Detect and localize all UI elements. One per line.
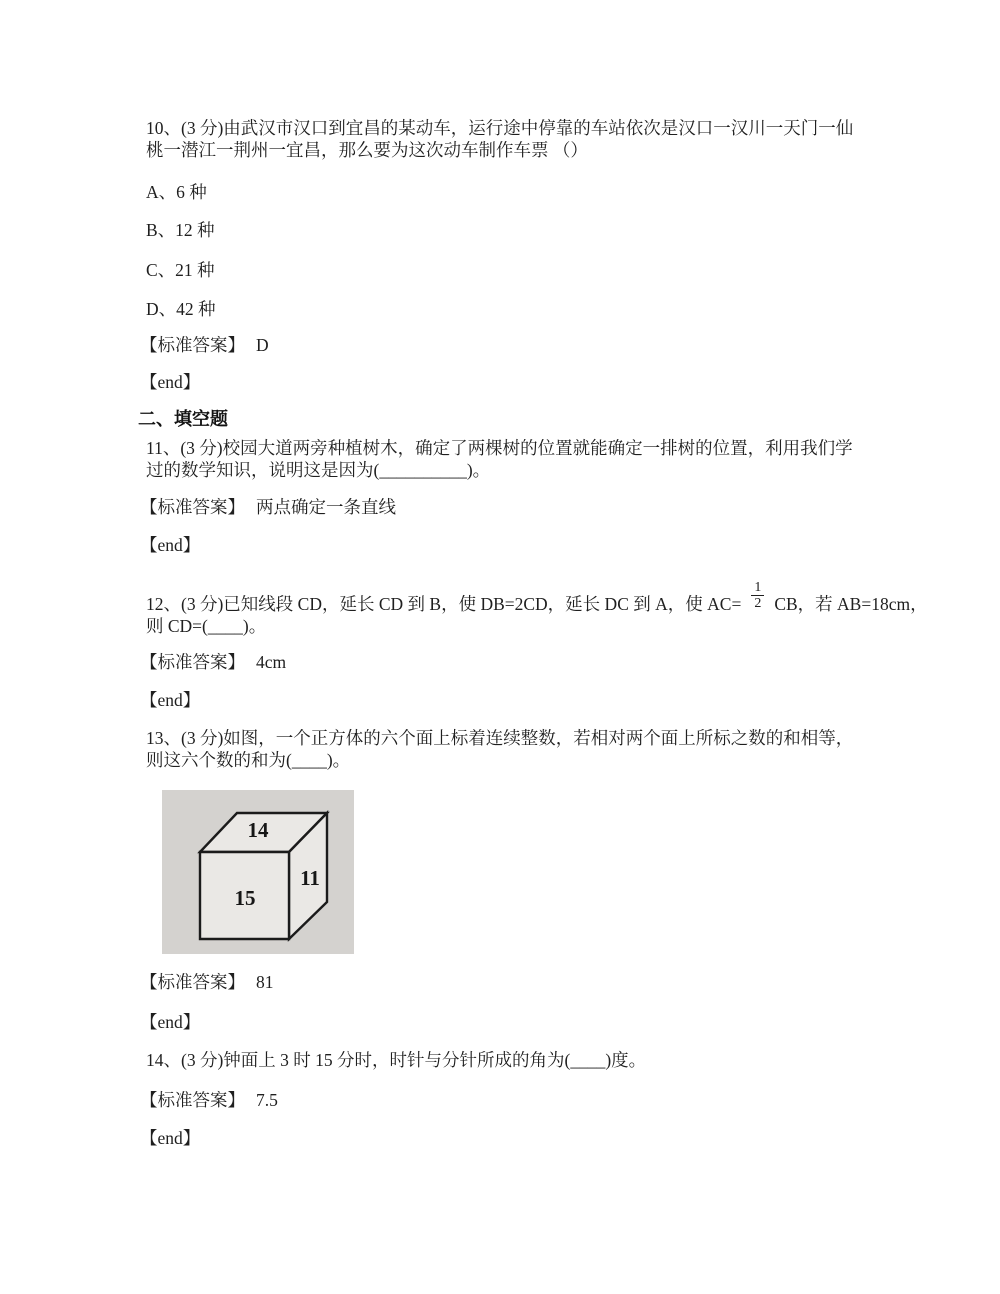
cube-diagram: 14 15 11	[162, 790, 354, 954]
answer-value: 81	[256, 972, 274, 992]
question-13-stem-line-1: 13、(3 分)如图，一个正方体的六个面上标着连续整数，若相对两个面上所标之数的…	[146, 728, 853, 750]
cube-right-value: 11	[300, 866, 320, 890]
question-10-stem-line-1: 10、(3 分)由武汉市汉口到宜昌的某动车，运行途中停靠的车站依次是汉口一汉川一…	[146, 118, 853, 140]
cube-top-value: 14	[248, 818, 270, 842]
question-10-stem-line-2: 桃一潜江一荆州一宜昌，那么要为这次动车制作车票 （）	[146, 140, 853, 162]
answer-label: 【标准答案】	[140, 972, 245, 992]
question-12-text-after-fraction: CB，若 AB=18cm，	[774, 594, 927, 616]
question-13-stem: 13、(3 分)如图，一个正方体的六个面上标着连续整数，若相对两个面上所标之数的…	[146, 728, 853, 771]
answer-value: 4cm	[256, 652, 286, 672]
end-marker: 【end】	[140, 372, 200, 394]
fraction-one-half: 1 2	[751, 580, 764, 611]
cube-figure: 14 15 11	[162, 790, 354, 954]
question-10-option-a: A、6 种	[146, 182, 207, 204]
fraction-denominator: 2	[751, 596, 764, 611]
question-14-stem: 14、(3 分)钟面上 3 时 15 分时，时针与分针所成的角为(____)度。	[146, 1050, 646, 1072]
question-10-stem: 10、(3 分)由武汉市汉口到宜昌的某动车，运行途中停靠的车站依次是汉口一汉川一…	[146, 118, 853, 161]
question-11-stem-line-1: 11、(3 分)校园大道两旁种植树木，确定了两棵树的位置就能确定一排树的位置，利…	[146, 438, 853, 460]
answer-value: 两点确定一条直线	[256, 497, 396, 517]
question-12-stem-line-1: 12、(3 分)已知线段 CD，延长 CD 到 B，使 DB=2CD，延长 DC…	[146, 594, 928, 616]
question-13-stem-line-2: 则这六个数的和为(____)。	[146, 750, 853, 772]
answer-value: 7.5	[256, 1090, 278, 1110]
end-marker: 【end】	[140, 1128, 200, 1150]
exam-document-page: 10、(3 分)由武汉市汉口到宜昌的某动车，运行途中停靠的车站依次是汉口一汉川一…	[0, 0, 1000, 1294]
question-10-answer: 【标准答案】D	[140, 335, 269, 357]
question-10-option-d: D、42 种	[146, 299, 216, 321]
answer-label: 【标准答案】	[140, 1090, 245, 1110]
question-13-answer: 【标准答案】81	[140, 972, 274, 994]
question-12-answer: 【标准答案】4cm	[140, 652, 286, 674]
question-12-stem: 12、(3 分)已知线段 CD，延长 CD 到 B，使 DB=2CD，延长 DC…	[146, 594, 928, 637]
question-11-stem-line-2: 过的数学知识，说明这是因为(__________)。	[146, 460, 853, 482]
question-14-answer: 【标准答案】7.5	[140, 1090, 278, 1112]
cube-front-value: 15	[235, 886, 256, 910]
end-marker: 【end】	[140, 690, 200, 712]
question-10-option-b: B、12 种	[146, 220, 215, 242]
question-10-option-c: C、21 种	[146, 260, 215, 282]
answer-label: 【标准答案】	[140, 652, 245, 672]
question-11-answer: 【标准答案】两点确定一条直线	[140, 497, 396, 519]
end-marker: 【end】	[140, 1012, 200, 1034]
end-marker: 【end】	[140, 535, 200, 557]
answer-value: D	[256, 335, 269, 355]
question-12-stem-line-2: 则 CD=(____)。	[146, 616, 928, 638]
fraction-numerator: 1	[751, 580, 764, 596]
section-title: 二、填空题	[138, 409, 228, 429]
question-11-stem: 11、(3 分)校园大道两旁种植树木，确定了两棵树的位置就能确定一排树的位置，利…	[146, 438, 853, 481]
answer-label: 【标准答案】	[140, 335, 245, 355]
question-12-text-before-fraction: 12、(3 分)已知线段 CD，延长 CD 到 B，使 DB=2CD，延长 DC…	[146, 594, 741, 616]
answer-label: 【标准答案】	[140, 497, 245, 517]
